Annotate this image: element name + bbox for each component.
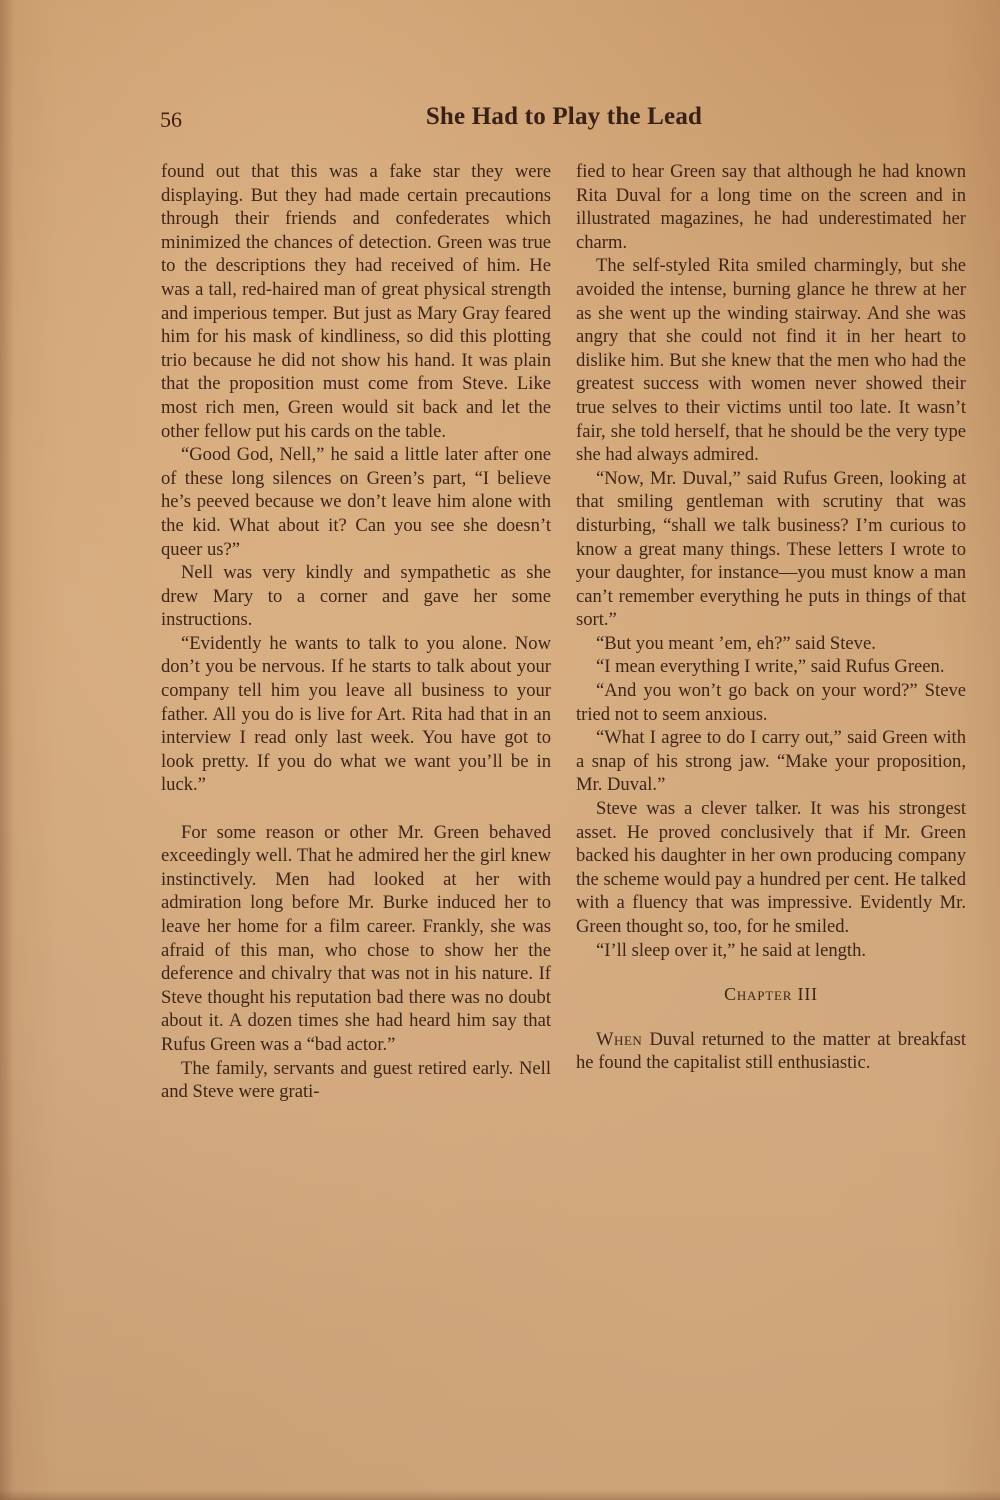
chapter-heading: Chapter III — [576, 983, 966, 1007]
paragraph: The self-styled Rita smiled charmingly, … — [576, 254, 966, 466]
scan-edge-shadow-left — [0, 0, 14, 1500]
paragraph: Steve was a clever talker. It was his st… — [576, 797, 966, 939]
paragraph: Nell was very kindly and sympathetic as … — [161, 561, 551, 632]
running-title: She Had to Play the Lead — [160, 103, 968, 131]
paragraph: found out that this was a fake star they… — [161, 160, 551, 443]
chapter-opening-paragraph: When Duval returned to the matter at bre… — [576, 1028, 966, 1075]
left-column: found out that this was a fake star they… — [161, 160, 551, 1104]
right-column: fied to hear Green say that although he … — [576, 160, 966, 1075]
running-head: 56 She Had to Play the Lead — [160, 103, 968, 139]
paragraph: “I mean everything I write,” said Rufus … — [576, 655, 966, 679]
paragraph: “Now, Mr. Duval,” said Rufus Green, look… — [576, 467, 966, 632]
paragraph: “And you won’t go back on your word?” St… — [576, 679, 966, 726]
chapter-lead-word: When — [596, 1029, 642, 1050]
paragraph: “Good God, Nell,” he said a little later… — [161, 443, 551, 561]
paragraph: fied to hear Green say that although he … — [576, 160, 966, 254]
paragraph: The family, servants and guest retired e… — [161, 1057, 551, 1104]
scan-edge-shadow-bottom — [0, 1490, 1000, 1500]
book-page: 56 She Had to Play the Lead found out th… — [0, 0, 1000, 1500]
paragraph: “I’ll sleep over it,” he said at length. — [576, 939, 966, 963]
paragraph: “But you meant ’em, eh?” said Steve. — [576, 632, 966, 656]
paragraph: “Evidently he wants to talk to you alone… — [161, 632, 551, 797]
paragraph: “What I agree to do I carry out,” said G… — [576, 726, 966, 797]
paragraph: For some reason or other Mr. Green behav… — [161, 821, 551, 1057]
